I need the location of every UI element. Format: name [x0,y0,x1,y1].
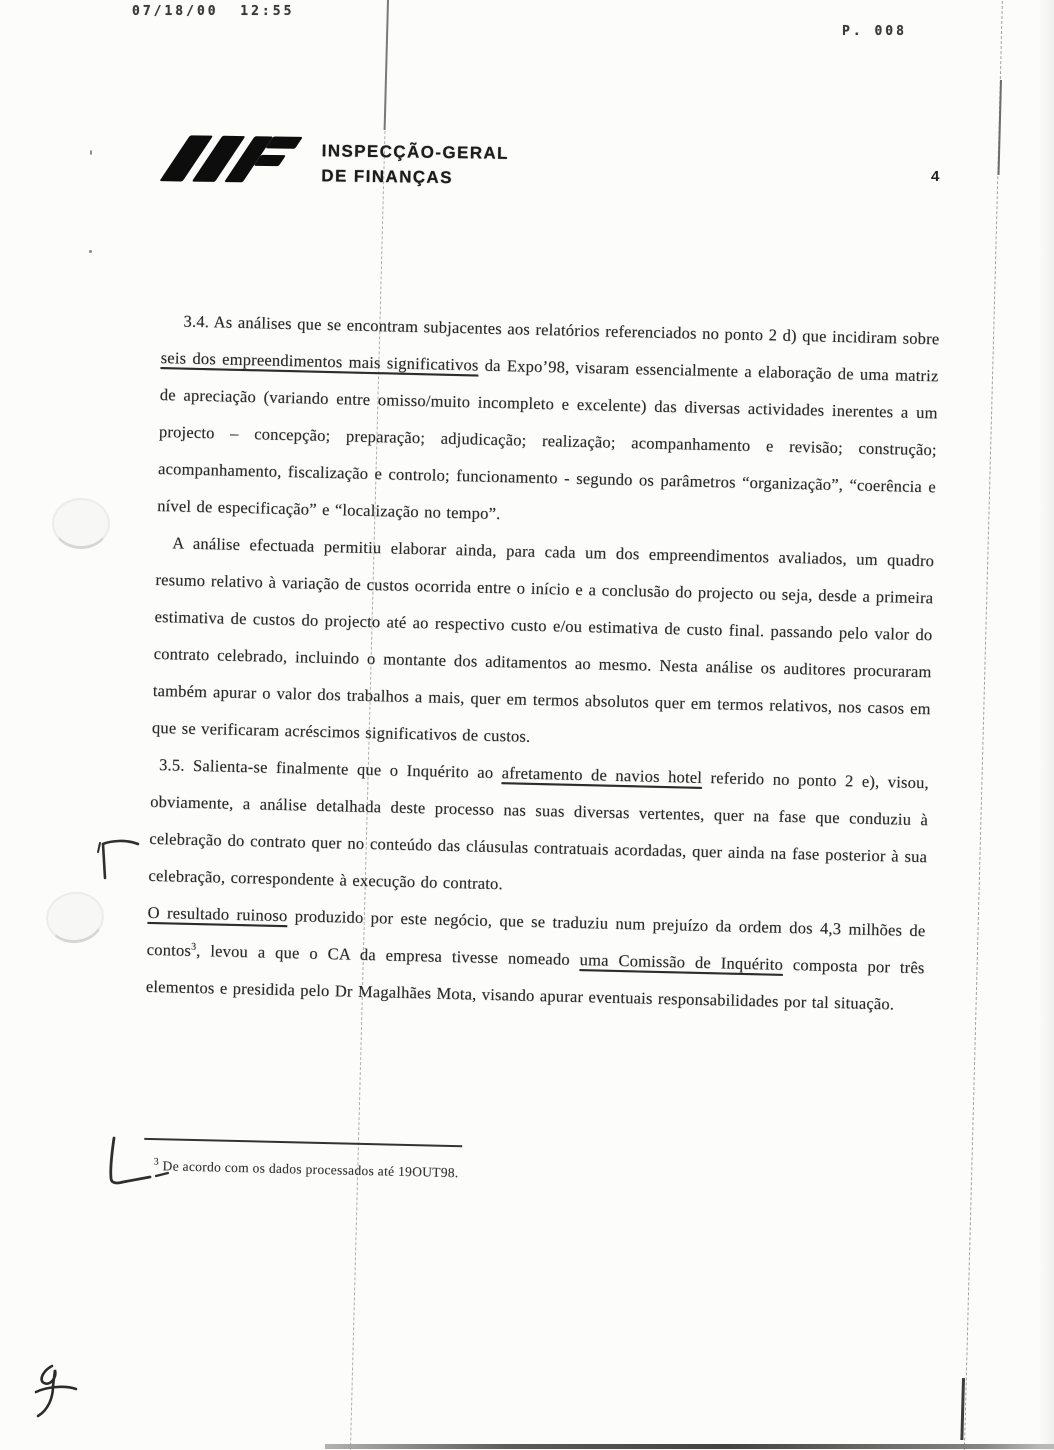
letterhead: INSPECÇÃO-GERAL DE FINANÇAS [157,128,509,198]
fax-timestamp: 07/18/00 12:55 [132,4,294,19]
underlined-text: afretamento de navios hotel [501,763,702,787]
underlined-text: seis dos empreendimentos mais significat… [160,348,478,374]
text-segment: 3.5. Salienta-se finalmente que o Inquér… [159,755,502,782]
hole-punch-shadow [52,498,110,549]
footnote-text: 3 De acordo com os dados processados até… [153,1157,919,1193]
scan-edge-band [325,1444,1054,1449]
handwritten-bracket-top-icon [94,836,150,886]
fax-page-indicator: P. 008 [842,24,907,39]
footnote-body: De acordo com os dados processados até 1… [159,1158,459,1180]
crease-dark-segment [384,0,389,130]
scan-speck [90,150,92,155]
text-segment: , levou a que o CA da empresa tivesse no… [196,941,580,969]
igf-logo-icon [157,128,306,195]
crease-dark-segment [998,80,1002,175]
hole-punch-shadow [43,888,108,947]
footnote: 3 De acordo com os dados processados até… [141,1138,920,1193]
paragraph-3-5: 3.5. Salienta-se finalmente que o Inquér… [148,746,929,912]
handwritten-bracket-bottom-icon [100,1134,174,1192]
scanned-fax-page: 07/18/00 12:55 P. 008 INSPECÇÃO-GERAL D [0,0,1054,1450]
scan-speck [89,250,92,253]
paragraph-result: O resultado ruinoso produzido por este n… [145,894,925,1023]
paragraph-3-4: 3.4. As análises que se encontram subjac… [157,302,940,542]
text-segment: da Expo’98, visaram essencialmente a ela… [157,355,939,523]
org-name-line2: DE FINANÇAS [321,163,509,191]
underlined-text: O resultado ruinoso [147,903,287,925]
handwritten-initials-icon [20,1356,90,1432]
org-name-line1: INSPECÇÃO-GERAL [322,138,510,166]
footnote-separator [144,1138,462,1147]
org-name: INSPECÇÃO-GERAL DE FINANÇAS [321,130,509,191]
fax-crease-line-right [964,0,1003,1450]
text-segment: A análise efectuada permitiu elaborar ai… [152,533,935,745]
document-body: 3.4. As análises que se encontram subjac… [141,302,939,1193]
scan-edge-shadow [1038,0,1054,1450]
paragraph-analysis: A análise efectuada permitiu elaborar ai… [152,524,935,764]
text-segment: 3.4. As análises que se encontram subjac… [183,312,939,349]
text-segment: referido no ponto 2 e), visou, obviament… [148,768,929,893]
underlined-text: uma Comissão de Inquérito [579,950,783,974]
page-number: 4 [931,168,939,185]
